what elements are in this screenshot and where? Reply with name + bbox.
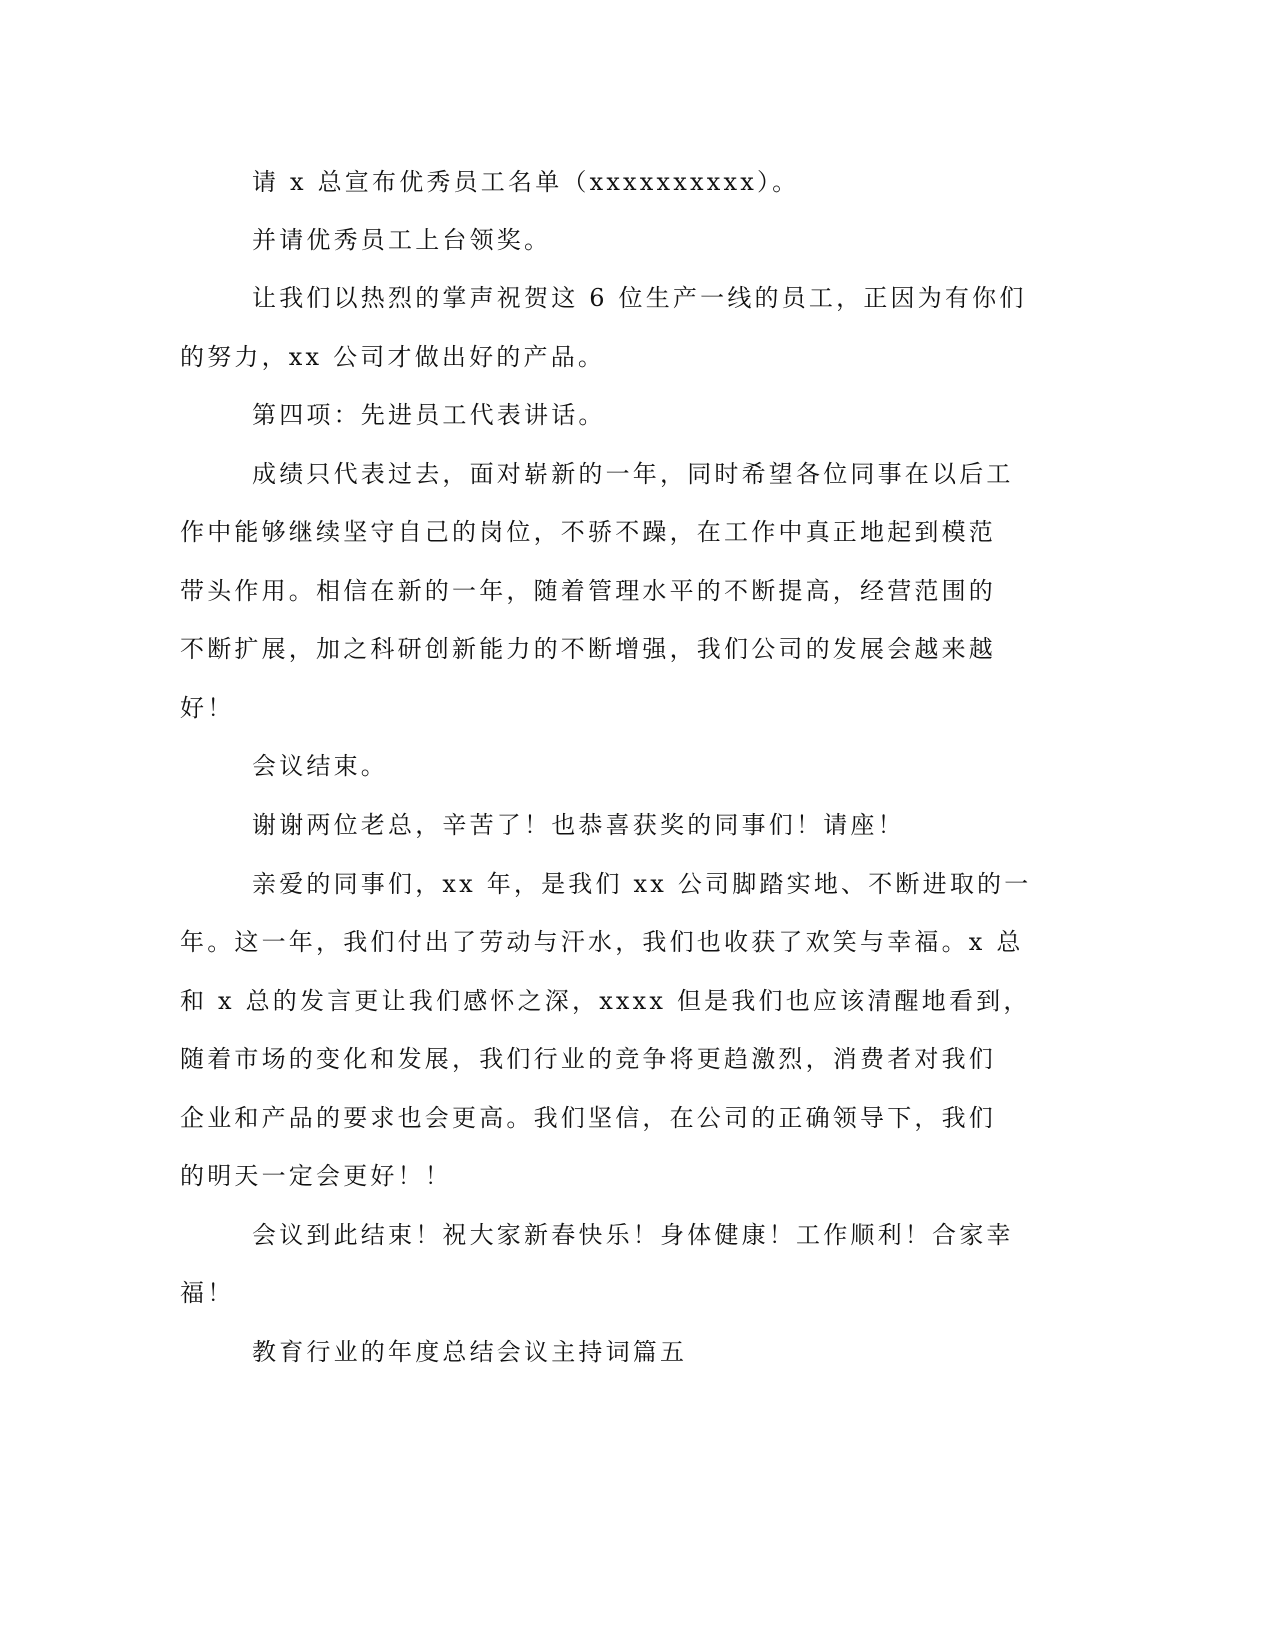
section-heading-item-four: 第四项：先进员工代表讲话。 <box>252 395 1040 435</box>
text-line-dear-colleagues-cont-3: 随着市场的变化和发展，我们行业的竞争将更趋激烈，消费者对我们 <box>180 1039 1040 1079</box>
section-title-part-five: 教育行业的年度总结会议主持词篇五 <box>252 1332 1040 1372</box>
text-line-achievements: 成绩只代表过去，面对崭新的一年，同时希望各位同事在以后工 <box>252 454 1040 494</box>
text-line-closing-wishes-cont: 福！ <box>180 1273 1040 1313</box>
text-line-announce-list: 请 x 总宣布优秀员工名单（xxxxxxxxxx）。 <box>252 162 1040 202</box>
text-line-dear-colleagues-cont-1: 年。这一年，我们付出了劳动与汗水，我们也收获了欢笑与幸福。x 总 <box>180 922 1040 962</box>
text-line-applause-cont: 的努力，xx 公司才做出好的产品。 <box>180 337 1040 377</box>
text-line-dear-colleagues: 亲爱的同事们，xx 年，是我们 xx 公司脚踏实地、不断进取的一 <box>252 864 1040 904</box>
text-line-dear-colleagues-cont-5: 的明天一定会更好！！ <box>180 1156 1040 1196</box>
text-line-achievements-cont-4: 好！ <box>180 688 1040 728</box>
text-line-achievements-cont-2: 带头作用。相信在新的一年，随着管理水平的不断提高，经营范围的 <box>180 571 1040 611</box>
text-line-achievements-cont-3: 不断扩展，加之科研创新能力的不断增强，我们公司的发展会越来越 <box>180 629 1040 669</box>
text-line-thanks: 谢谢两位老总，辛苦了！也恭喜获奖的同事们！请座！ <box>252 805 1040 845</box>
document-page: 请 x 总宣布优秀员工名单（xxxxxxxxxx）。 并请优秀员工上台领奖。 让… <box>0 0 1275 1650</box>
text-line-applause: 让我们以热烈的掌声祝贺这 6 位生产一线的员工，正因为有你们 <box>252 278 1040 318</box>
text-line-closing-wishes: 会议到此结束！祝大家新春快乐！身体健康！工作顺利！合家幸 <box>252 1215 1040 1255</box>
text-line-achievements-cont-1: 作中能够继续坚守自己的岗位，不骄不躁，在工作中真正地起到模范 <box>180 512 1040 552</box>
text-line-receive-award: 并请优秀员工上台领奖。 <box>252 220 1040 260</box>
text-line-dear-colleagues-cont-2: 和 x 总的发言更让我们感怀之深，xxxx 但是我们也应该清醒地看到， <box>180 981 1040 1021</box>
text-line-dear-colleagues-cont-4: 企业和产品的要求也会更高。我们坚信，在公司的正确领导下，我们 <box>180 1098 1040 1138</box>
text-line-meeting-end: 会议结束。 <box>252 746 1040 786</box>
